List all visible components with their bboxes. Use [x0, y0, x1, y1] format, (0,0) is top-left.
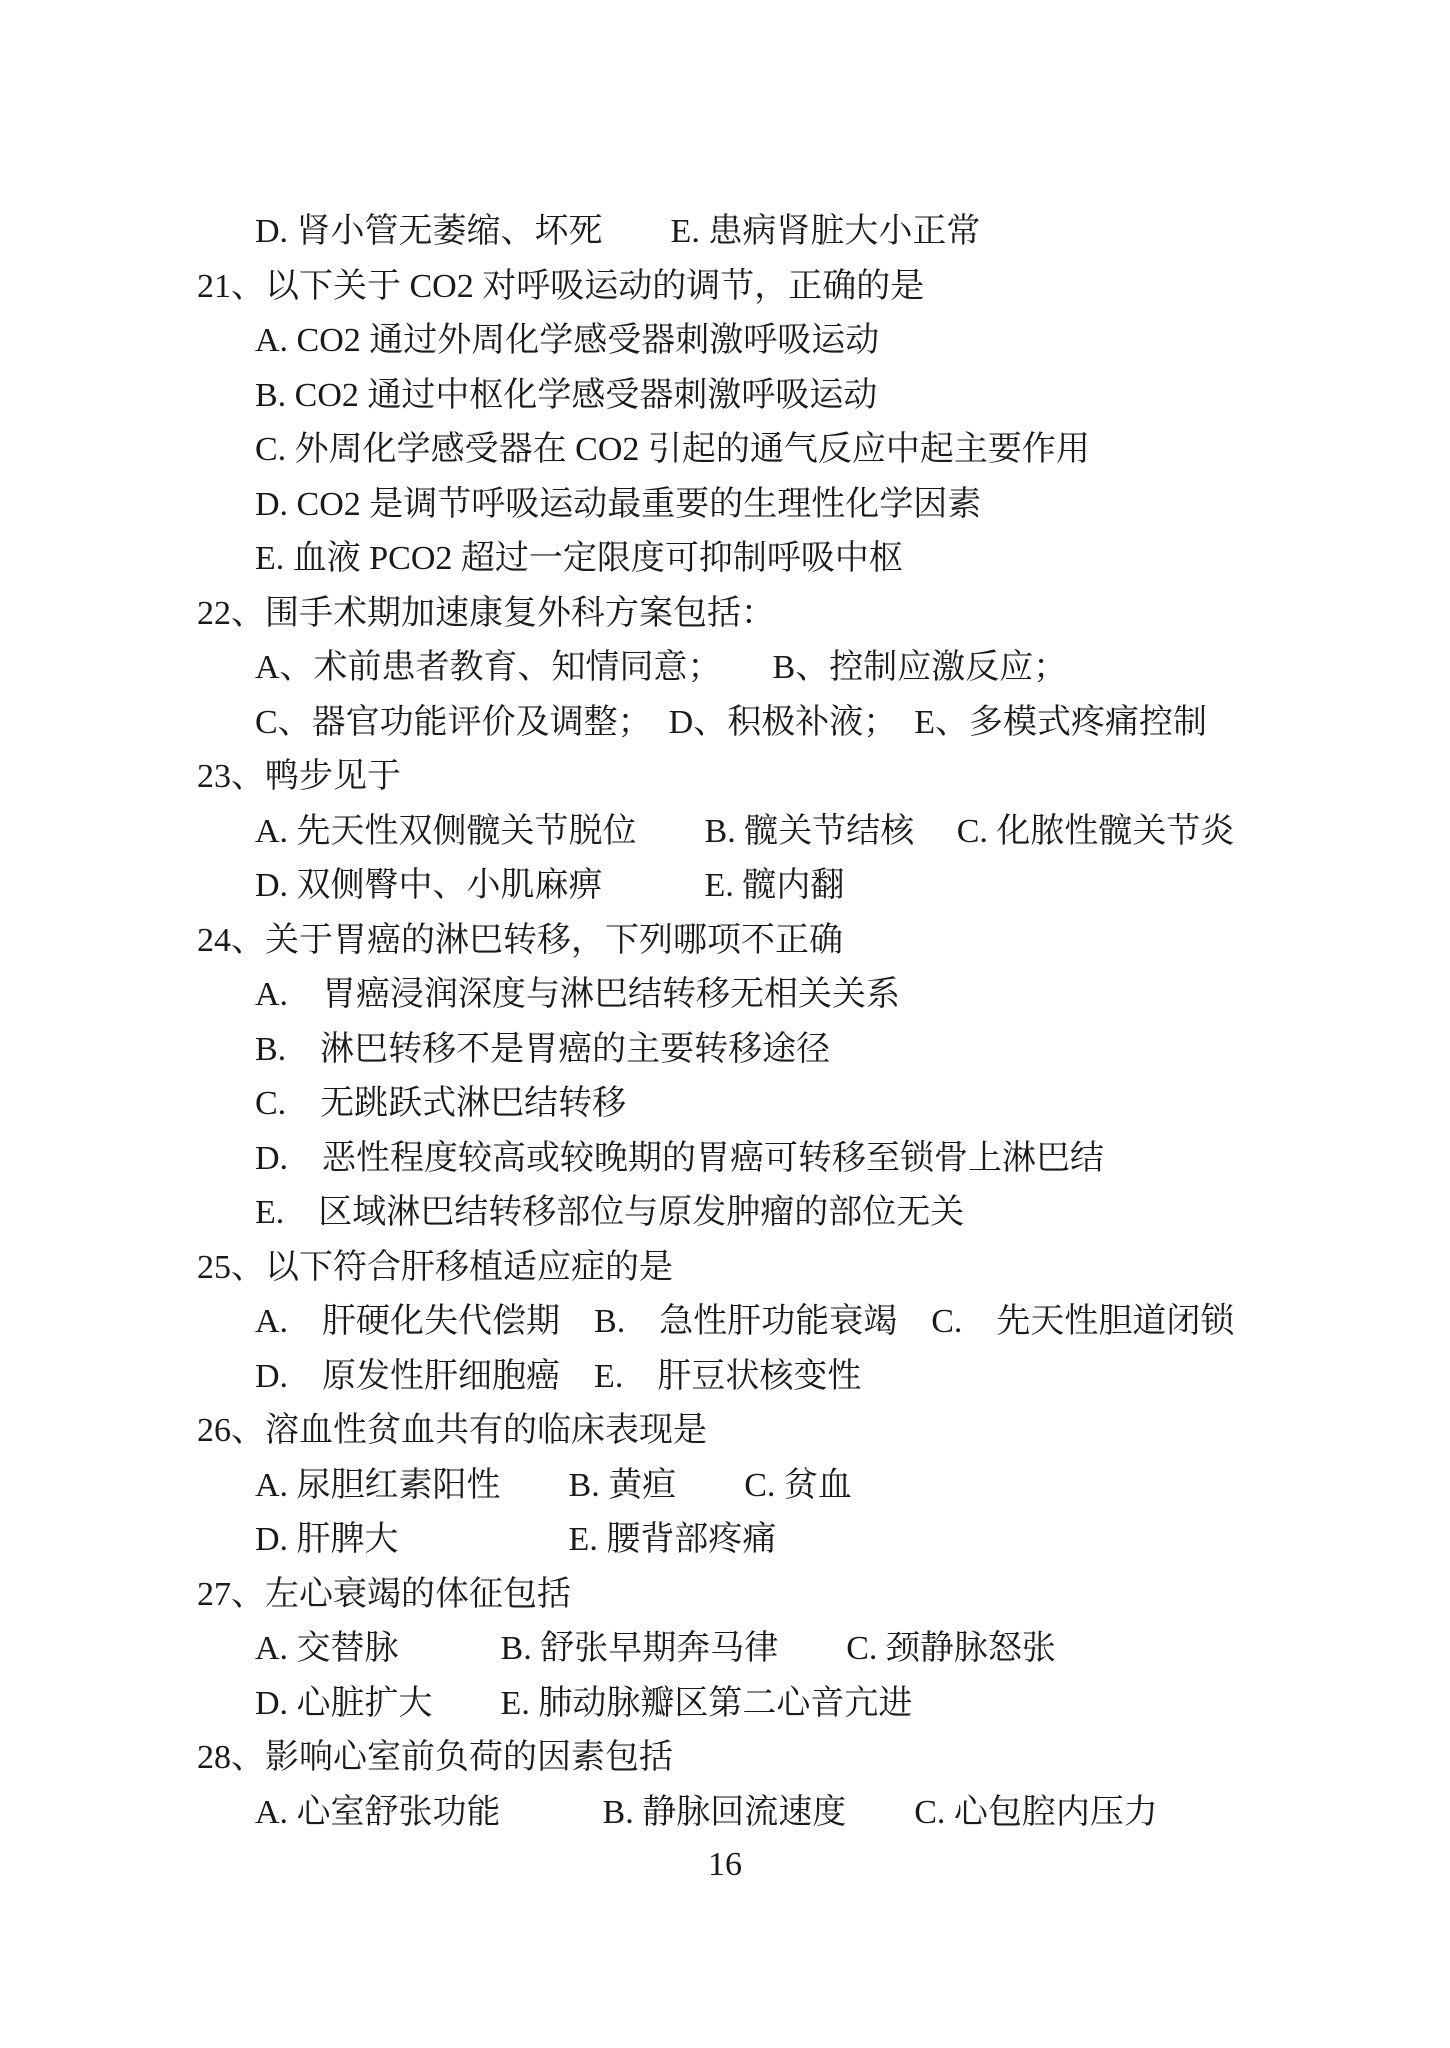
option-line: D. 原发性肝细胞癌 E. 肝豆状核变性 — [0, 1350, 1450, 1405]
question-line: 25、以下符合肝移植适应症的是 — [0, 1241, 1450, 1296]
option-line: D. 双侧臀中、小肌麻痹 E. 髋内翻 — [0, 859, 1450, 914]
option-line: B. CO2 通过中枢化学感受器刺激呼吸运动 — [0, 369, 1450, 424]
option-line: A. 心室舒张功能 B. 静脉回流速度 C. 心包腔内压力 — [0, 1786, 1450, 1841]
option-line: D. 肾小管无萎缩、坏死 E. 患病肾脏大小正常 — [0, 205, 1450, 260]
question-line: 28、影响心室前负荷的因素包括 — [0, 1731, 1450, 1786]
question-line: 24、关于胃癌的淋巴转移，下列哪项不正确 — [0, 914, 1450, 969]
option-line: C. 外周化学感受器在 CO2 引起的通气反应中起主要作用 — [0, 423, 1450, 478]
option-line: D. CO2 是调节呼吸运动最重要的生理性化学因素 — [0, 478, 1450, 533]
option-line: A. 尿胆红素阳性 B. 黄疸 C. 贫血 — [0, 1459, 1450, 1514]
option-line: A. CO2 通过外周化学感受器刺激呼吸运动 — [0, 314, 1450, 369]
question-line: 21、以下关于 CO2 对呼吸运动的调节，正确的是 — [0, 260, 1450, 315]
option-line: A. 交替脉 B. 舒张早期奔马律 C. 颈静脉怒张 — [0, 1622, 1450, 1677]
option-line: A. 先天性双侧髋关节脱位 B. 髋关节结核 C. 化脓性髋关节炎 — [0, 805, 1450, 860]
question-line: 26、溶血性贫血共有的临床表现是 — [0, 1404, 1450, 1459]
option-line: C. 无跳跃式淋巴结转移 — [0, 1077, 1450, 1132]
option-line: D. 肝脾大 E. 腰背部疼痛 — [0, 1513, 1450, 1568]
question-line: 22、围手术期加速康复外科方案包括： — [0, 587, 1450, 642]
option-line: A. 胃癌浸润深度与淋巴结转移无相关关系 — [0, 968, 1450, 1023]
option-line: A、术前患者教育、知情同意； B、控制应激反应； — [0, 641, 1450, 696]
option-line: A. 肝硬化失代偿期 B. 急性肝功能衰竭 C. 先天性胆道闭锁 — [0, 1295, 1450, 1350]
option-line: E. 血液 PCO2 超过一定限度可抑制呼吸中枢 — [0, 532, 1450, 587]
option-line: D. 心脏扩大 E. 肺动脉瓣区第二心音亢进 — [0, 1677, 1450, 1732]
question-line: 23、鸭步见于 — [0, 750, 1450, 805]
document-page: D. 肾小管无萎缩、坏死 E. 患病肾脏大小正常 21、以下关于 CO2 对呼吸… — [0, 0, 1450, 2048]
option-line: E. 区域淋巴结转移部位与原发肿瘤的部位无关 — [0, 1186, 1450, 1241]
page-number: 16 — [0, 1838, 1450, 1893]
page-content: D. 肾小管无萎缩、坏死 E. 患病肾脏大小正常 21、以下关于 CO2 对呼吸… — [0, 205, 1450, 1840]
option-line: B. 淋巴转移不是胃癌的主要转移途径 — [0, 1023, 1450, 1078]
option-line: C、器官功能评价及调整； D、积极补液； E、多模式疼痛控制 — [0, 696, 1450, 751]
question-line: 27、左心衰竭的体征包括 — [0, 1568, 1450, 1623]
option-line: D. 恶性程度较高或较晚期的胃癌可转移至锁骨上淋巴结 — [0, 1132, 1450, 1187]
